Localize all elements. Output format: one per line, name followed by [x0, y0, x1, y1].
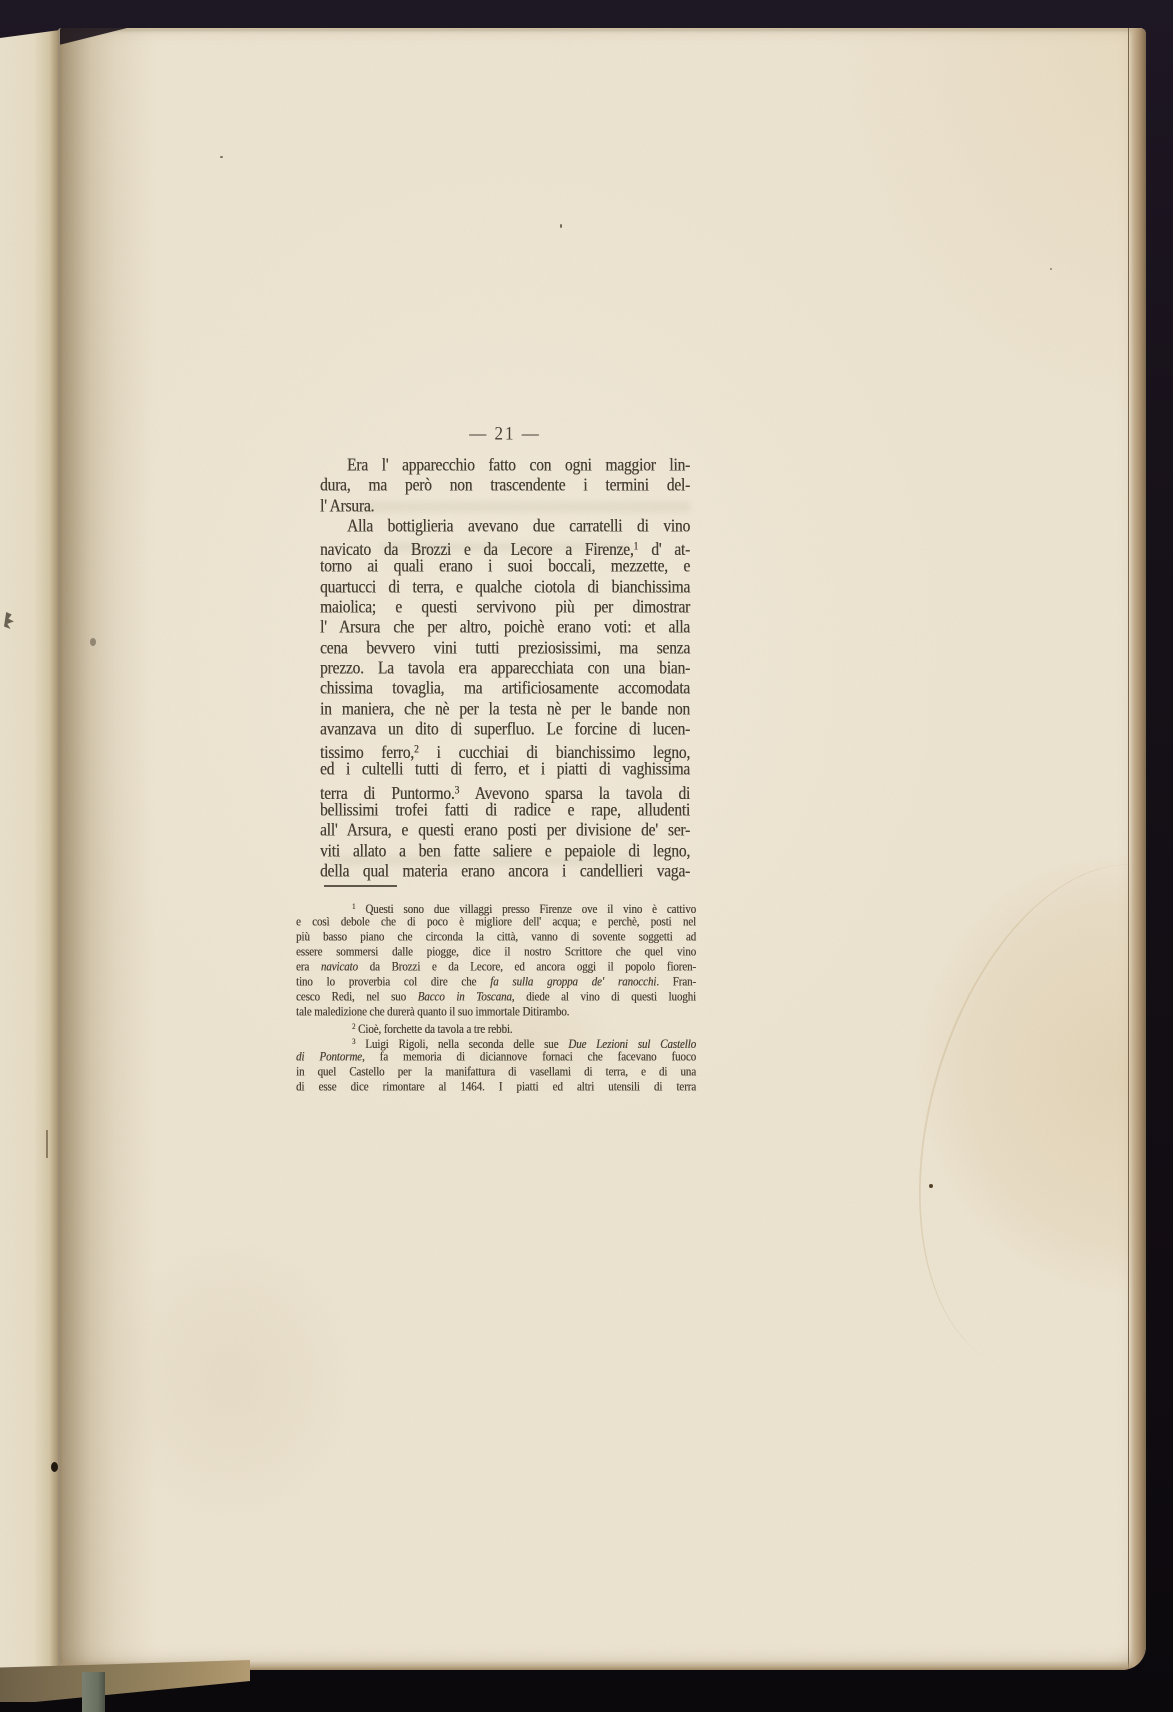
paper-speck: [90, 638, 96, 646]
paper-speck: [220, 156, 223, 158]
book-page: — 21 — Era l' apparecchio fatto con ogni…: [58, 28, 1146, 1670]
paper-speck: [1050, 268, 1052, 270]
paper-speck: [560, 224, 562, 228]
gutter-mark: [46, 1130, 48, 1158]
body-text-line: della qual materia erano ancora i candel…: [320, 860, 690, 884]
body-text: Era l' apparecchio fatto con ogni maggio…: [320, 456, 690, 882]
paper-discoloration: [726, 28, 1146, 548]
footnote-separator-rule: [324, 885, 397, 887]
paper-stain: [100, 1230, 360, 1530]
paper-speck: [929, 1184, 933, 1188]
book-scan-photo: — 21 — Era l' apparecchio fatto con ogni…: [0, 0, 1173, 1712]
underlying-page-edge: [0, 30, 60, 1680]
book-cradle-strip: [82, 1672, 105, 1712]
page-number: — 21 —: [320, 423, 690, 445]
page-edge-right: [1128, 28, 1146, 1670]
footnotes: 1 Questi sono due villaggi presso Firenz…: [296, 900, 696, 1095]
footnote-line: di esse dice rimontare al 1464. I piatti…: [296, 1079, 696, 1096]
binding-hole: [51, 1462, 58, 1472]
